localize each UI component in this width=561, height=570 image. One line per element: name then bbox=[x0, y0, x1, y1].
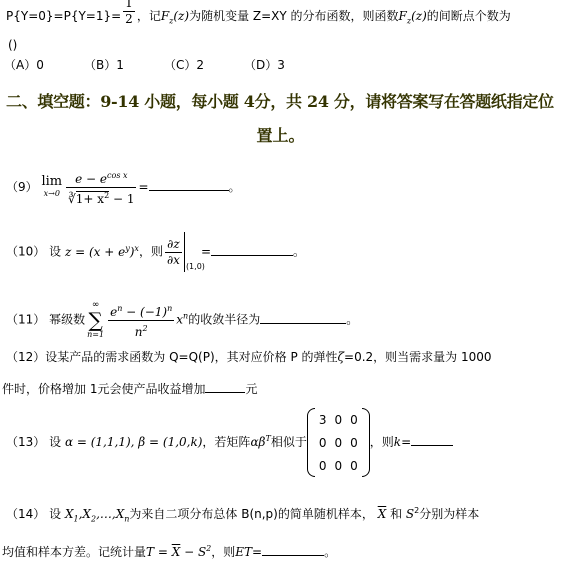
q8-paren: () bbox=[8, 38, 17, 52]
q11-text1: 幂级数 bbox=[49, 313, 85, 327]
q8-line1: P{Y=0}=P{Y=1}=12，记Fz(z)为随机变量 Z=XY 的分布函数，… bbox=[6, 6, 511, 28]
q9-num-sup: cos x bbox=[107, 171, 127, 180]
q10-number: （10） bbox=[6, 245, 45, 259]
q14-sub2: 2 bbox=[91, 514, 96, 523]
q9-number: （9） bbox=[6, 180, 38, 194]
q10-derivative: ∂z∂x bbox=[165, 237, 182, 268]
q9-end: 。 bbox=[229, 180, 241, 194]
q10-d-den: ∂x bbox=[165, 253, 182, 268]
q12-unit: 元 bbox=[245, 382, 257, 396]
q10-eval-point: (1,0) bbox=[186, 260, 205, 274]
q11-answer-blank[interactable] bbox=[260, 313, 346, 324]
question-14-line1: （14） 设 X1,X2,…,Xn为来自二项分布总体 B(n,p)的简单随机样本… bbox=[6, 504, 479, 526]
q8-options: （A）0（B）1（C）2（D）3 bbox=[4, 58, 324, 72]
right-paren-icon bbox=[362, 408, 370, 477]
q13-answer-blank[interactable] bbox=[411, 435, 453, 446]
sigma-icon: ∑ bbox=[87, 310, 104, 330]
frac-den: 2 bbox=[123, 12, 135, 27]
option-b: （B）1 bbox=[84, 58, 164, 72]
q11-num-mid: − (−1) bbox=[122, 305, 167, 319]
lim-text: lim bbox=[41, 176, 62, 188]
q10-text2: ，则 bbox=[139, 245, 163, 259]
q14-T-eq: = bbox=[154, 545, 172, 559]
m-cell: 0 bbox=[346, 454, 362, 477]
q10-eq: = bbox=[201, 245, 211, 259]
q14-xbar2: X bbox=[172, 545, 181, 559]
m-cell: 0 bbox=[330, 431, 346, 454]
q14-sample: X1,X2,…,Xn bbox=[65, 507, 129, 521]
matrix-table: 300 000 000 bbox=[315, 408, 362, 477]
lim-sub: x→0 bbox=[41, 188, 62, 200]
q9-eq: = bbox=[138, 180, 148, 194]
q10-expr: z = (x + ey)x bbox=[65, 245, 139, 259]
m-cell: 0 bbox=[346, 431, 362, 454]
q8-text: ，记 bbox=[137, 9, 161, 23]
question-12-line1: （12）设某产品的需求函数为 Q=Q(P)，其对应价格 P 的弹性ζ=0.2，则… bbox=[6, 350, 492, 364]
q13-number: （13） bbox=[6, 435, 45, 449]
q10-end: 。 bbox=[293, 245, 305, 259]
q9-den-text: 1+ x bbox=[76, 192, 104, 206]
q11-summation: ∞∑n=1 bbox=[87, 300, 104, 340]
frac-num: 1 bbox=[123, 0, 135, 12]
q8-prob-text: P{Y=0}=P{Y=1}= bbox=[6, 9, 121, 23]
sum-bottom: n=1 bbox=[87, 330, 104, 340]
q14-answer-blank[interactable] bbox=[262, 545, 324, 556]
q8-F2: F bbox=[399, 9, 407, 23]
q11-den: n2 bbox=[108, 321, 174, 340]
q12-text2: =0.2，则当需求量为 1000 bbox=[344, 350, 492, 364]
question-14-line2: 均值和样本方差。记统计量T = X − S2，则ET=。 bbox=[2, 542, 336, 559]
q11-fraction: en − (−1)nn2 bbox=[108, 301, 174, 340]
q14-text1: 设 bbox=[49, 507, 61, 521]
question-10: （10） 设 z = (x + ey)x，则∂z∂x(1,0)=。 bbox=[6, 232, 305, 272]
q11-num: en − (−1)n bbox=[108, 301, 174, 321]
option-c: （C）2 bbox=[164, 58, 244, 72]
q12-text3: 件时，价格增加 1元会使产品收益增加 bbox=[2, 382, 205, 396]
q13-matrix: 300 000 000 bbox=[307, 408, 370, 477]
q14-text2: 为来自二项分布总体 B(n,p)的简单随机样本， bbox=[129, 507, 373, 521]
q11-text2: 的收敛半径为 bbox=[188, 313, 260, 327]
q11-den-sup: 2 bbox=[142, 324, 147, 333]
q13-k: k bbox=[394, 435, 401, 449]
q14-Xn: X bbox=[116, 507, 125, 521]
m-cell: 3 bbox=[315, 408, 331, 431]
q13-text2: ，若矩阵 bbox=[202, 435, 250, 449]
q13-ab: αβ bbox=[250, 435, 265, 449]
q13-eq: = bbox=[401, 435, 411, 449]
q8-text3: 的间断点个数为 bbox=[427, 9, 511, 23]
m-cell: 0 bbox=[330, 454, 346, 477]
q14-X1: X bbox=[65, 507, 74, 521]
question-12-line2: 件时，价格增加 1元会使产品收益增加元 bbox=[2, 382, 257, 396]
question-13: （13） 设 α = (1,1,1), β = (1,0,k)，若矩阵αβT相似… bbox=[6, 408, 453, 477]
m-cell: 0 bbox=[330, 408, 346, 431]
q10-d-num: ∂z bbox=[165, 237, 182, 253]
q10-answer-blank[interactable] bbox=[211, 245, 293, 256]
m-cell: 0 bbox=[315, 431, 331, 454]
q11-num-sup2: n bbox=[167, 304, 172, 313]
q10-expr-text: z = (x + e bbox=[65, 245, 125, 259]
q10-text1: 设 bbox=[49, 245, 61, 259]
q14-ET: ET bbox=[235, 545, 252, 559]
question-11: （11） 幂级数∞∑n=1en − (−1)nn2xn的收敛半径为。 bbox=[6, 300, 358, 340]
q14-text3: 和 bbox=[390, 507, 402, 521]
m-cell: 0 bbox=[346, 408, 362, 431]
q14-T: T bbox=[146, 545, 154, 559]
q8-text2: 为随机变量 Z=XY 的分布函数，则函数 bbox=[189, 9, 398, 23]
q9-num-text: e − e bbox=[75, 172, 107, 186]
q9-fraction: e − ecos x∛1+ x2 − 1 bbox=[66, 168, 136, 207]
q9-limit: limx→0 bbox=[41, 176, 62, 200]
q9-num: e − ecos x bbox=[66, 168, 136, 188]
q11-number: （11） bbox=[6, 313, 45, 327]
q14-sub1: 1 bbox=[74, 514, 79, 523]
q14-number: （14） bbox=[6, 507, 45, 521]
q14-text5: 均值和样本方差。记统计量 bbox=[2, 545, 146, 559]
option-d: （D）3 bbox=[244, 58, 324, 72]
q13-text1: 设 bbox=[49, 435, 61, 449]
q8-fraction: 12 bbox=[123, 0, 135, 27]
q9-den: ∛1+ x2 − 1 bbox=[66, 188, 136, 207]
q12-text1: 设某产品的需求函数为 Q=Q(P)，其对应价格 P 的弹性 bbox=[45, 350, 337, 364]
q14-text6: ，则 bbox=[211, 545, 235, 559]
q14-eq: = bbox=[252, 545, 262, 559]
q13-text3: 相似于 bbox=[271, 435, 307, 449]
q12-answer-blank[interactable] bbox=[205, 382, 245, 393]
q10-eval-bar: (1,0) bbox=[184, 232, 201, 272]
section-heading-line2: 置上。 bbox=[0, 126, 561, 146]
q8-F: F bbox=[161, 9, 169, 23]
q9-answer-blank[interactable] bbox=[149, 180, 229, 191]
option-a: （A）0 bbox=[4, 58, 84, 72]
q14-end: 。 bbox=[324, 545, 336, 559]
m-cell: 0 bbox=[315, 454, 331, 477]
question-9: （9） limx→0e − ecos x∛1+ x2 − 1=。 bbox=[6, 168, 241, 207]
q9-radicand: 1+ x2 bbox=[76, 191, 109, 206]
q14-xbar: X bbox=[378, 507, 387, 521]
q12-number: （12） bbox=[6, 350, 45, 364]
q11-end: 。 bbox=[346, 313, 358, 327]
q14-minus-S: − S bbox=[180, 545, 206, 559]
q8-arg: (z) bbox=[173, 9, 189, 23]
q14-text4: 分别为样本 bbox=[419, 507, 479, 521]
q13-text4: ，则 bbox=[370, 435, 394, 449]
q9-den-tail: − 1 bbox=[109, 192, 134, 206]
cube-root-icon: ∛ bbox=[68, 192, 76, 206]
section-heading-line1: 二、填空题：9-14 小题，每小题 4分，共 24 分，请将答案写在答题纸指定位 bbox=[6, 92, 561, 112]
left-paren-icon bbox=[307, 408, 315, 477]
q11-x: x bbox=[176, 313, 183, 327]
q8-arg2: (z) bbox=[411, 9, 427, 23]
q14-X2: X bbox=[82, 507, 91, 521]
q14-S: S bbox=[406, 507, 414, 521]
q13-expr: α = (1,1,1), β = (1,0,k) bbox=[65, 435, 202, 449]
